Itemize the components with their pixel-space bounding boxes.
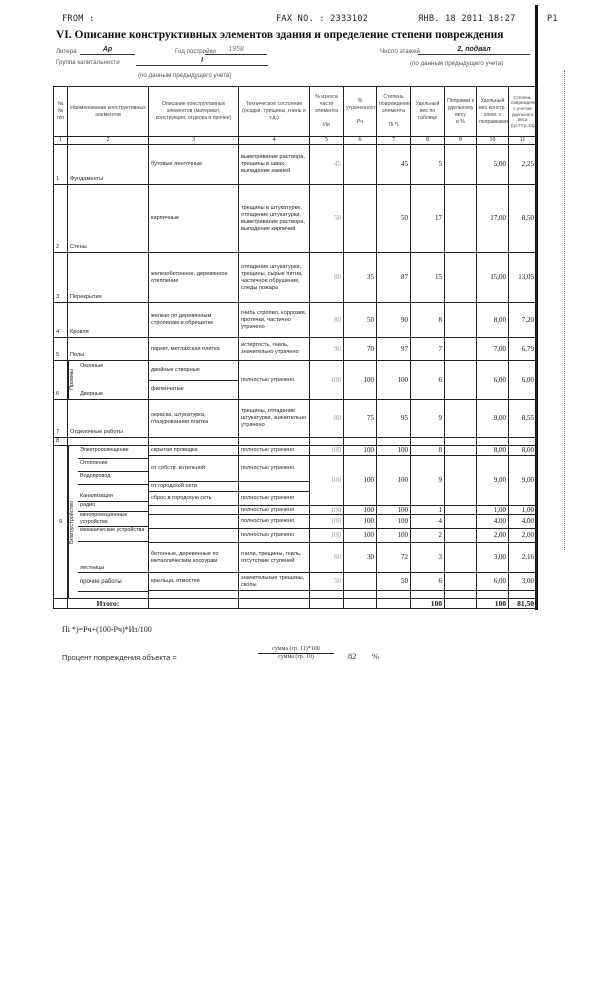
element-state: истертость, гниль, значительно утрачено (239, 338, 310, 361)
total-row: Итого: 100 100 81,50 (54, 599, 537, 609)
result-value: 8,55 (509, 400, 537, 438)
weight-value: 6 (411, 361, 445, 400)
empty-cell (377, 591, 411, 599)
element-name: прочие работы (78, 573, 148, 592)
fax-datetime: ЯНВ. 18 2011 18:27 (418, 14, 516, 24)
row-no: 1 (54, 145, 68, 185)
element-name: Стены (68, 185, 149, 253)
empty-cell (445, 438, 477, 446)
weight-corr-value: 6,00 (477, 361, 509, 400)
element-desc: сброс в городскую сеть (149, 492, 239, 506)
weight-corr-value: 5,00 (477, 145, 509, 185)
empty-cell (344, 438, 377, 446)
empty-cell (411, 591, 445, 599)
result-value: 8,00 (509, 446, 537, 456)
row-no: 8 (54, 438, 68, 446)
empty-cell (239, 599, 310, 609)
damage-value: 100 (377, 506, 411, 515)
damage-value: 45 (377, 145, 411, 185)
damage-value: 100 (377, 361, 411, 400)
corr-value (445, 543, 477, 573)
lost-value (344, 145, 377, 185)
damage-value: 100 (377, 515, 411, 529)
weight-value: 9 (411, 456, 445, 506)
element-desc (149, 506, 239, 515)
empty-cell (445, 599, 477, 609)
empty-cell (344, 591, 377, 599)
element-name: Водопровод (78, 472, 148, 485)
result-value: 6,79 (509, 338, 537, 361)
element-desc (149, 529, 239, 543)
wear-value: 50 (310, 573, 344, 591)
element-state: значительные трещины, сколы (239, 573, 310, 591)
element-name: механические устройства (78, 527, 148, 542)
element-desc (149, 515, 239, 529)
landscaping-cell: Благоустройство Электроосвещение Отоплен… (68, 446, 149, 599)
row-no: 4 (54, 303, 68, 338)
element-name: кинопроекционные устройства (78, 512, 148, 527)
row-no: 3 (54, 253, 68, 303)
wear-value: 100 (310, 456, 344, 506)
table-row: 9 Благоустройство Электроосвещение Отопл… (54, 446, 537, 456)
result-value: 8,50 (509, 185, 537, 253)
element-desc: от городской сети (149, 482, 239, 492)
corr-value (445, 145, 477, 185)
element-name: радио (78, 502, 148, 512)
row-no: 6 (54, 361, 68, 400)
lost-value (344, 185, 377, 253)
weight-value: 8 (411, 303, 445, 338)
result-value: 2,00 (509, 529, 537, 543)
lost-value: 50 (344, 303, 377, 338)
result-value: 6,00 (509, 361, 537, 400)
header-lost-text: % утраченности (346, 98, 377, 111)
row-no: 2 (54, 185, 68, 253)
element-desc: железо по деревянным стропилам и обрешет… (149, 303, 239, 338)
wear-value: 60 (310, 543, 344, 573)
col-num: 7 (377, 137, 411, 145)
capital-group-value: I (136, 56, 268, 66)
floors-label: Число этажей (380, 48, 420, 55)
empty-cell (149, 599, 239, 609)
table-row: 7 Отделочные работы окраска, штукатурка,… (54, 400, 537, 438)
element-state: полностью утрачено (239, 446, 310, 456)
corr-value (445, 185, 477, 253)
element-name: Дверные (80, 391, 146, 398)
empty-cell (477, 438, 509, 446)
litera-label: Литера (56, 48, 77, 55)
weight-corr-value: 9,00 (477, 456, 509, 506)
openings-group-label: Проемы (68, 361, 78, 399)
table-row: 5 Полы паркет, метлахская плитка истерто… (54, 338, 537, 361)
lost-value: 100 (344, 506, 377, 515)
corr-value (445, 456, 477, 506)
openings-cell: Проемы Оконные Дверные (68, 361, 149, 400)
empty-cell (445, 591, 477, 599)
col-num: 2 (68, 137, 149, 145)
scan-artifact-line (564, 70, 565, 550)
header-wear-sub: Ии (323, 122, 330, 128)
wear-value: 50 (310, 185, 344, 253)
corr-value (445, 303, 477, 338)
header-corr-sub: в % (456, 119, 465, 125)
header-lost-sub: Рч (357, 119, 363, 125)
weight-value: 5 (411, 145, 445, 185)
row-no: 5 (54, 338, 68, 361)
table-row: 2 Стены кирпичные трещины в штукатурке, … (54, 185, 537, 253)
wear-value: 80 (310, 400, 344, 438)
element-name: Полы (68, 338, 149, 361)
element-state: гнили, трещины, гниль, отсутствие ступен… (239, 543, 310, 573)
lost-value (344, 573, 377, 591)
weight-value: 8 (411, 446, 445, 456)
damage-value: 90 (377, 303, 411, 338)
result-value: 1,00 (509, 506, 537, 515)
page-title: VI. Описание конструктивных элементов зд… (56, 29, 503, 41)
weight-value: 1 (411, 506, 445, 515)
col-num: 11 (509, 137, 537, 145)
fraction-numerator: сумма (гр. 11)*100 (258, 646, 334, 654)
lost-value: 100 (344, 361, 377, 400)
header-weight-corr: Удельный вес констр. элем. с поправками (477, 87, 509, 137)
result-value: 2,25 (509, 145, 537, 185)
column-number-row: 1 2 3 4 5 6 7 8 9 10 11 (54, 137, 537, 145)
element-name: Электроосвещение (78, 446, 148, 459)
corr-value (445, 400, 477, 438)
fax-page: P1 (547, 14, 558, 24)
weight-corr-value: 8,00 (477, 446, 509, 456)
damage-value: 87 (377, 253, 411, 303)
empty-cell (149, 591, 239, 599)
corr-value (445, 529, 477, 543)
element-state: выветривание раствора, трещины в швах, в… (239, 145, 310, 185)
lost-value: 100 (344, 456, 377, 506)
prev-note-right: (по данным предыдущего учета) (410, 60, 503, 67)
header-damage-sub: Пi *) (388, 122, 398, 128)
row-no: 7 (54, 400, 68, 438)
damage-value: 50 (377, 185, 411, 253)
empty-cell (477, 591, 509, 599)
col-num: 9 (445, 137, 477, 145)
fax-number: FAX NO. : 2333102 (276, 14, 368, 24)
corr-value (445, 515, 477, 529)
element-state: полностью утрачено (239, 529, 310, 543)
element-desc: бутовые ленточные (149, 145, 239, 185)
header-desc: Описание конструктивных элементов (матер… (149, 87, 239, 137)
element-desc: кирпичные (149, 185, 239, 253)
wear-value: 80 (310, 253, 344, 303)
element-desc: железобетонное, деревянное отепление (149, 253, 239, 303)
damage-formula: Пi *)=Рч+(100-Рч)*Из/100 (62, 625, 152, 634)
damage-value: 50 (377, 573, 411, 591)
corr-value (445, 573, 477, 591)
element-desc: окраска, штукатурка, глазурованная плитк… (149, 400, 239, 438)
weight-corr-value: 1,00 (477, 506, 509, 515)
damage-percent-label: Процент повреждения объекта = (62, 653, 177, 662)
damage-value: 95 (377, 400, 411, 438)
element-name: Кровля (68, 303, 149, 338)
element-desc: филенчатые (149, 380, 239, 400)
col-num: 10 (477, 137, 509, 145)
weight-value: 15 (411, 253, 445, 303)
result-value: 13,05 (509, 253, 537, 303)
empty-cell (344, 599, 377, 609)
result-value: 4,00 (509, 515, 537, 529)
wear-value: 100 (310, 446, 344, 456)
prev-note-left: (по данным предыдущего учета) (138, 72, 231, 79)
element-state: полностью утрачено (239, 456, 310, 482)
wear-value: 100 (310, 529, 344, 543)
damage-value: 72 (377, 543, 411, 573)
weight-value: 17 (411, 185, 445, 253)
wear-value: 90 (310, 338, 344, 361)
header-damage: Степень повреждения элементаПi *) (377, 87, 411, 137)
element-desc: от собств. котельной (149, 456, 239, 482)
element-state: полностью утрачено (239, 361, 310, 400)
corr-value (445, 338, 477, 361)
weight-corr-value: 2,00 (477, 529, 509, 543)
col-num: 5 (310, 137, 344, 145)
wear-value: 100 (310, 506, 344, 515)
empty-cell (377, 438, 411, 446)
empty-cell (509, 591, 537, 599)
element-state: полностью утрачено (239, 515, 310, 529)
col-num: 6 (344, 137, 377, 145)
element-name: Перекрытия (68, 253, 149, 303)
empty-cell (239, 591, 310, 599)
weight-value: 6 (411, 573, 445, 591)
corr-value (445, 506, 477, 515)
empty-cell (377, 599, 411, 609)
fax-from: FROM : (62, 14, 95, 24)
wear-value: 80 (310, 303, 344, 338)
weight-value: 4 (411, 515, 445, 529)
weight-value: 2 (411, 529, 445, 543)
element-state: трещины в штукатурке, отпадение штукатур… (239, 185, 310, 253)
empty-cell (509, 438, 537, 446)
damage-value: 97 (377, 338, 411, 361)
lost-value: 70 (344, 338, 377, 361)
element-desc: паркет, метлахская плитка (149, 338, 239, 361)
damage-value: 100 (377, 456, 411, 506)
element-name: Отделочные работы (68, 400, 149, 438)
col-num: 1 (54, 137, 68, 145)
damage-percent-fraction: сумма (гр. 11)*100 сумма (гр. 10) (258, 646, 334, 660)
header-wear-text: % износа части элемента (315, 94, 338, 114)
damage-percent-value: 82 (348, 651, 357, 661)
lost-value: 30 (344, 543, 377, 573)
wear-value: 100 (310, 515, 344, 529)
element-state: трещины, отпадение штукатурки, значитель… (239, 400, 310, 438)
empty-cell (310, 438, 344, 446)
header-name: Наименование конструктивных элементов (68, 87, 149, 137)
header-lost: % утраченностиРч (344, 87, 377, 137)
table-row: 8 (54, 438, 537, 446)
table-row: 6 Проемы Оконные Дверные двойные створны… (54, 361, 537, 381)
weight-corr-value: 3,00 (477, 543, 509, 573)
table-header-row: №№ п/п Наименование конструктивных элеме… (54, 87, 537, 137)
empty-cell (68, 438, 149, 446)
weight-corr-value: 17,00 (477, 185, 509, 253)
weight-corr-value: 7,00 (477, 338, 509, 361)
element-name: Отопление (78, 459, 148, 472)
empty-cell (149, 438, 239, 446)
header-result: Степень повреждения с учетом удельного в… (509, 87, 537, 137)
header-no: №№ п/п (54, 87, 68, 137)
element-desc: бетонные, деревянные по металлическим ко… (149, 543, 239, 573)
empty-cell (411, 438, 445, 446)
row-no: 9 (54, 446, 68, 599)
weight-corr-value: 8,00 (477, 303, 509, 338)
wear-value: 45 (310, 145, 344, 185)
weight-value: 3 (411, 543, 445, 573)
element-name: Канализация (78, 485, 148, 502)
damage-table: №№ п/п Наименование конструктивных элеме… (53, 86, 537, 609)
element-desc: двойные створные (149, 361, 239, 381)
fraction-denominator: сумма (гр. 10) (258, 654, 334, 660)
total-result: 81,50 (509, 599, 537, 609)
wear-value: 100 (310, 361, 344, 400)
weight-corr-value: 9,00 (477, 400, 509, 438)
weight-value: 9 (411, 400, 445, 438)
empty-cell (310, 591, 344, 599)
weight-value: 7 (411, 338, 445, 361)
lost-value: 100 (344, 515, 377, 529)
weight-corr-value: 15,00 (477, 253, 509, 303)
damage-percent-unit: % (372, 651, 379, 661)
element-desc: крыльца, отмостки (149, 573, 239, 591)
col-num: 8 (411, 137, 445, 145)
corr-value (445, 253, 477, 303)
header-state: Техническое состояние (осадки, трещины, … (239, 87, 310, 137)
empty-cell (310, 599, 344, 609)
lost-value: 100 (344, 446, 377, 456)
header-corr-text: Поправки к удельному весу (447, 98, 474, 118)
corr-value (445, 446, 477, 456)
result-value: 2,16 (509, 543, 537, 573)
damage-value: 100 (377, 446, 411, 456)
element-name: Оконные (80, 363, 146, 370)
element-name: Фундаменты (68, 145, 149, 185)
element-state: полностью утрачено (239, 492, 310, 506)
element-name: лестницы (78, 542, 148, 573)
result-value: 3,00 (509, 573, 537, 591)
result-value: 9,00 (509, 456, 537, 506)
damage-value: 100 (377, 529, 411, 543)
litera-value: Ар (80, 45, 135, 55)
header-wear: % износа части элементаИи (310, 87, 344, 137)
col-num: 3 (149, 137, 239, 145)
lost-value: 100 (344, 529, 377, 543)
table-row: 3 Перекрытия железобетонное, деревянное … (54, 253, 537, 303)
table-row: 4 Кровля железо по деревянным стропилам … (54, 303, 537, 338)
empty-cell (239, 438, 310, 446)
total-label: Итого: (68, 599, 149, 609)
element-state (239, 482, 310, 492)
col-num: 4 (239, 137, 310, 145)
lost-value: 75 (344, 400, 377, 438)
element-state: полностью утрачено (239, 506, 310, 515)
total-weight-corr: 100 (477, 599, 509, 609)
element-desc: скрытая проводка (149, 446, 239, 456)
empty-cell (54, 599, 68, 609)
result-value: 7,20 (509, 303, 537, 338)
capital-group-label: Группа капитальности (56, 59, 120, 66)
header-weight: Удельный вес по таблице (411, 87, 445, 137)
landscaping-group-label: Благоустройство (68, 446, 78, 598)
floors-value: 2, подвал (418, 45, 530, 55)
lost-value: 35 (344, 253, 377, 303)
weight-corr-value: 6,00 (477, 573, 509, 591)
header-corr: Поправки к удельному весув % (445, 87, 477, 137)
element-state: отпадение штукатурки, трещины, сырые пят… (239, 253, 310, 303)
corr-value (445, 361, 477, 400)
element-state: гниль стропил, коррозия, протечки, части… (239, 303, 310, 338)
year-value: 1958 (205, 45, 267, 55)
header-damage-text: Степень повреждения элемента (379, 94, 411, 114)
weight-corr-value: 4,00 (477, 515, 509, 529)
total-weight: 100 (411, 599, 445, 609)
table-row: 1 Фундаменты бутовые ленточные выветрива… (54, 145, 537, 185)
